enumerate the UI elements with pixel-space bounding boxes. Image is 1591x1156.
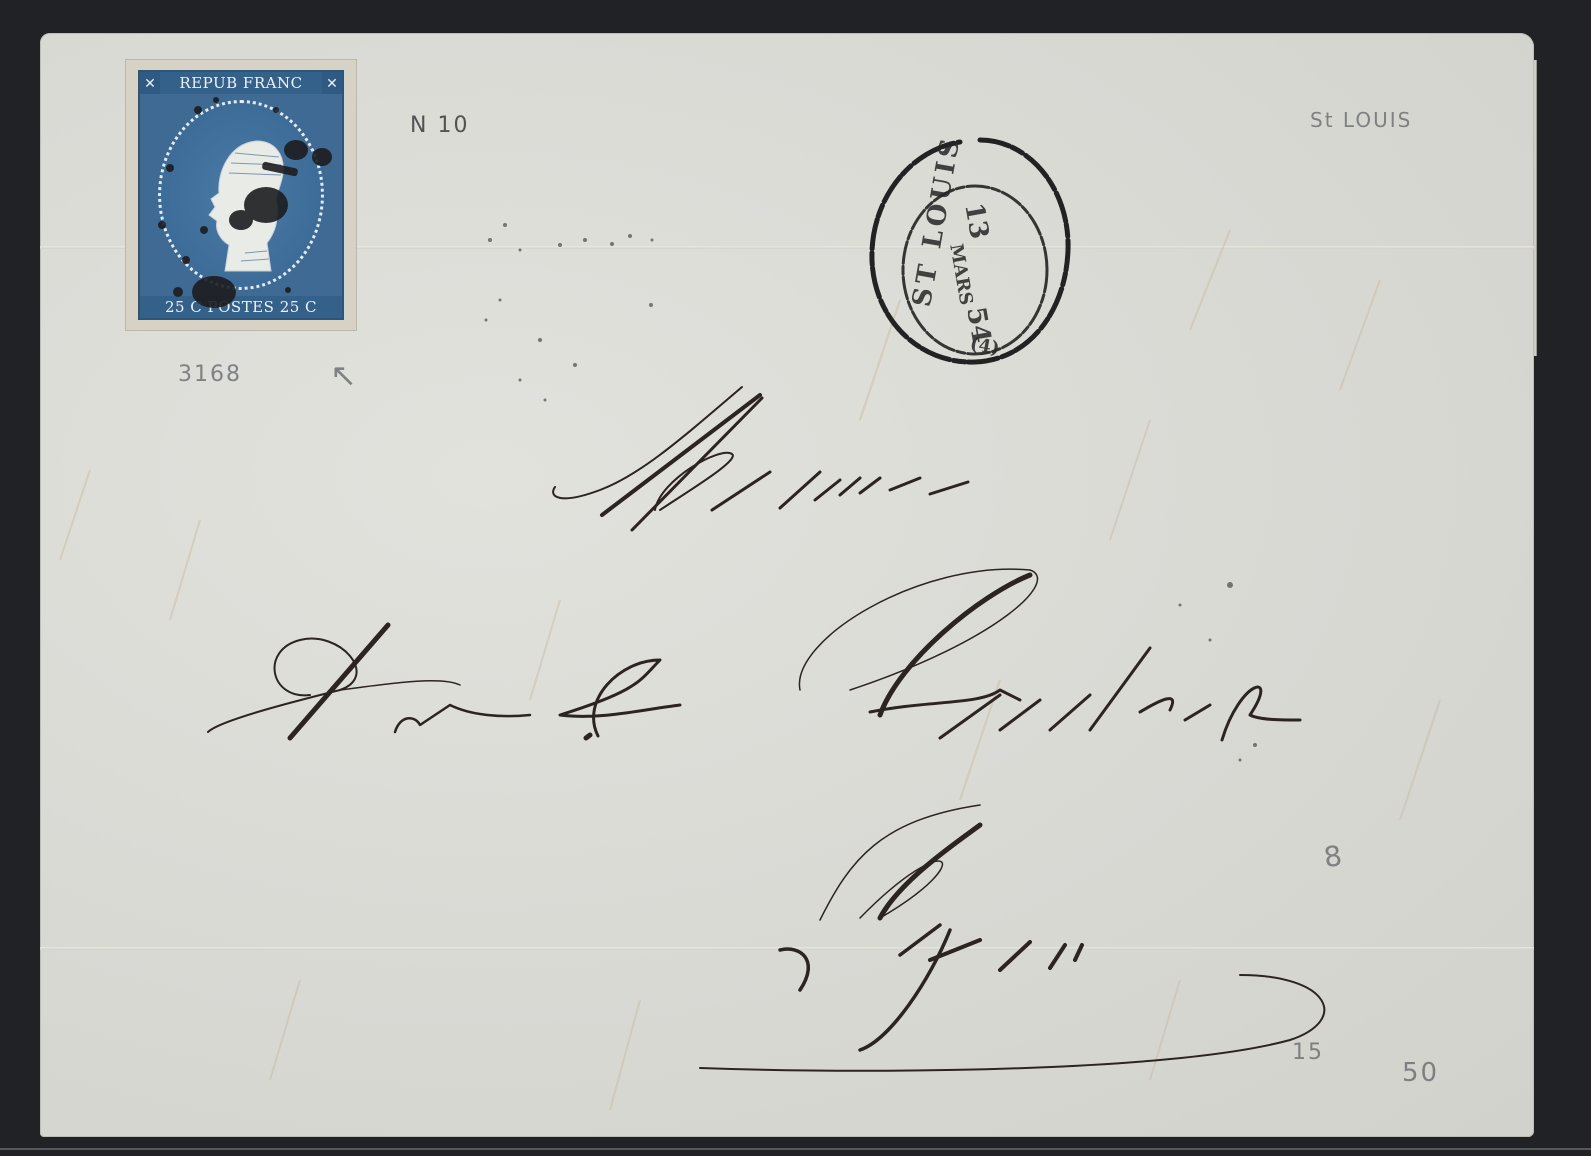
pencil-note-50: 50: [1402, 1058, 1439, 1088]
scanner-edge: [0, 1148, 1591, 1150]
pencil-arrow-icon: ↖: [330, 356, 359, 394]
date-postmark: ST LOUIS 13 MARS 54 (4): [860, 110, 1080, 370]
postmark-day: 13: [958, 201, 994, 242]
postage-stamp: REPUB FRANC ✕ ✕ ✕ ✕ 25 C POSTES 25 C: [126, 60, 356, 330]
lozenge-cancel-icon: [126, 60, 356, 330]
pencil-note-15: 15: [1292, 1040, 1324, 1065]
pencil-note-n10: N 10: [410, 113, 469, 138]
pencil-note-st-louis: St LOUIS: [1310, 108, 1412, 132]
pencil-note-catalog-number: 3168: [178, 362, 242, 387]
fold-line-bottom: [40, 947, 1534, 950]
